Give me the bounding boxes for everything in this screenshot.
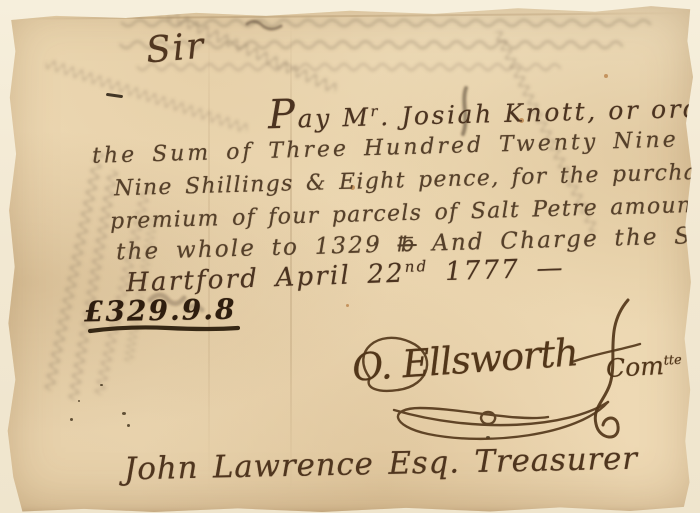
place-and-date: Hartford April 22 bbox=[126, 259, 406, 299]
pay-line-superscript: r bbox=[370, 104, 380, 120]
amount-total: £329.9.8 bbox=[84, 293, 237, 329]
committee-label: Comtte bbox=[605, 350, 682, 383]
date-superscript: nd bbox=[404, 257, 428, 276]
ink-speck bbox=[100, 384, 103, 386]
signature: O. Ellsworth bbox=[351, 330, 579, 390]
amount-underline bbox=[88, 325, 240, 335]
pound-weight-symbol: ℔ bbox=[397, 232, 417, 257]
ink-speck bbox=[486, 436, 490, 439]
document-paper: Sir Pay Mr. Josiah Knott, or order, the … bbox=[0, 0, 700, 513]
ink-smudge bbox=[106, 93, 123, 98]
scanned-document: Sir Pay Mr. Josiah Knott, or order, the … bbox=[0, 0, 700, 513]
pay-line-text: Pay M bbox=[268, 103, 371, 135]
committee-superscript: tte bbox=[663, 353, 682, 369]
ink-speck bbox=[70, 418, 73, 421]
salutation: Sir bbox=[144, 25, 207, 71]
ink-speck bbox=[78, 400, 80, 402]
treasurer-line: John Lawrence Esq. Treasurer bbox=[124, 441, 638, 488]
ink-speck bbox=[127, 424, 130, 427]
ink-speck bbox=[122, 412, 126, 415]
paper-fold-line bbox=[14, 12, 686, 20]
foxing-spot bbox=[604, 74, 608, 78]
committee-text: Com bbox=[605, 351, 664, 383]
payee-name: . Josiah Knott, or order, bbox=[380, 93, 700, 131]
date-year: 1777 — bbox=[428, 253, 565, 288]
charge-the-state-text: And Charge the State — bbox=[416, 221, 700, 257]
foxing-spot bbox=[346, 304, 349, 307]
